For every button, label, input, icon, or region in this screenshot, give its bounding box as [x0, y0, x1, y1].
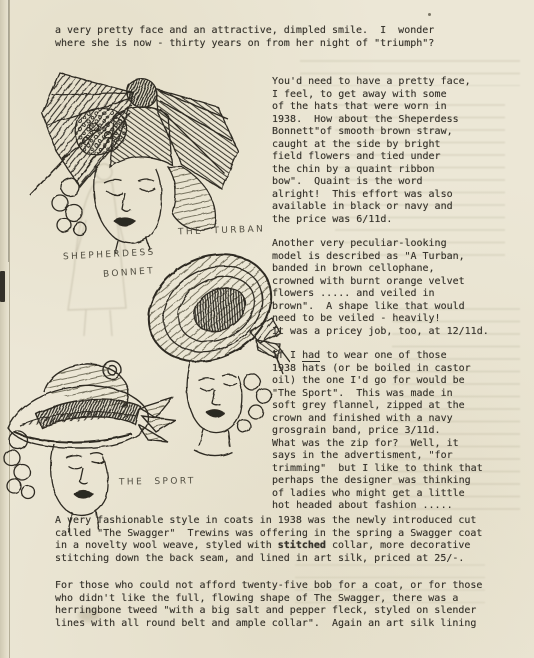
caption-the-sport: THE SPORT	[119, 476, 196, 487]
underlined-word: had	[302, 350, 320, 362]
sport-hat-paragraph: If I had to wear one of those 1938 hats …	[272, 350, 483, 513]
paragraph-text: to wear one of those 1938 hats (or be bo…	[272, 350, 483, 511]
paragraph-text: If I	[272, 350, 302, 361]
hat-sketch	[8, 361, 175, 448]
binder-mark	[0, 271, 5, 302]
turban-paragraph: Another very peculiar-looking model is d…	[272, 238, 489, 338]
intro-paragraph: a very pretty face and an attractive, di…	[55, 25, 434, 50]
page-edge-line	[8, 0, 9, 262]
swagger-coat-paragraph: A very fashionable style in coats in 193…	[55, 515, 482, 565]
ink-speck	[428, 13, 431, 16]
sport-hat-illustration	[0, 348, 176, 534]
scanned-document-page: a very pretty face and an attractive, di…	[0, 0, 534, 658]
hat-sketch	[30, 73, 238, 230]
face-sketch	[187, 362, 272, 456]
herringbone-tweed-paragraph: For those who could not afford twenty-fi…	[55, 580, 482, 630]
bold-word: stitched	[278, 540, 326, 551]
shepherdess-bonnet-paragraph: You'd need to have a pretty face, I feel…	[272, 76, 471, 226]
